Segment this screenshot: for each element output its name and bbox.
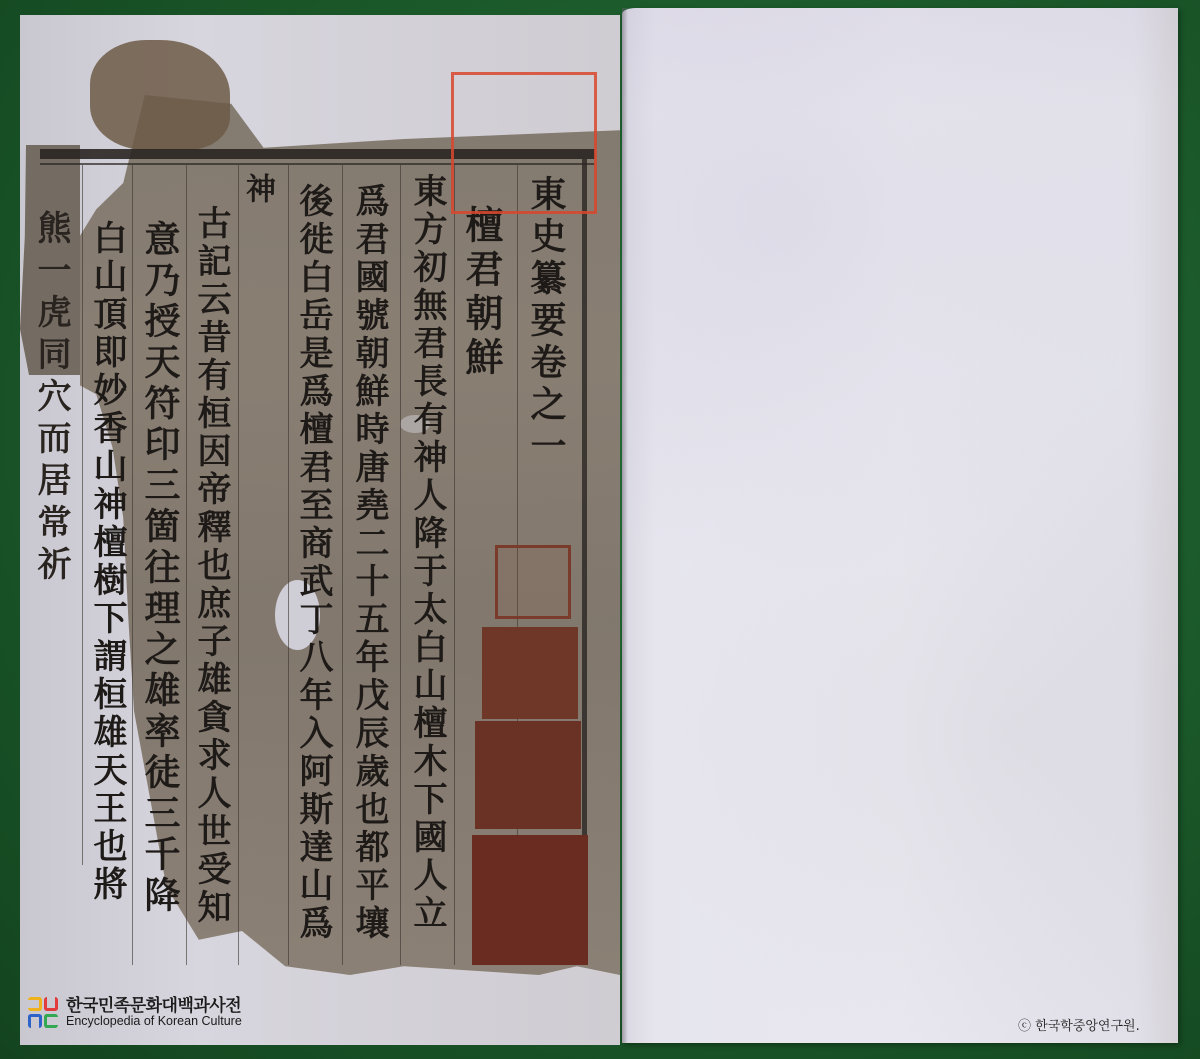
text-column-6: 意乃授天符印三箇往理之雄率徒三千降 — [142, 220, 178, 917]
text-column-2: 爲君國號朝鮮時唐堯二十五年戊辰歲也都平壤 — [352, 183, 386, 943]
text-column-8: 熊一虎同穴而居常祈 — [34, 210, 68, 588]
brown-seal-filled — [482, 627, 578, 719]
column-rule — [132, 165, 133, 965]
red-collector-seal — [451, 72, 597, 214]
printed-left-page: 東史纂要卷之一 檀君朝鮮 東方初無君長有神人降于太白山檀木下國人立 爲君國號朝鮮… — [20, 15, 620, 1045]
text-column-7: 白山頂即妙香山神檀樹下謂桓雄天王也將 — [90, 220, 124, 904]
text-column-1: 東方初無君長有神人降于太白山檀木下國人立 — [410, 173, 444, 933]
copyright-notice: ⓒ 한국학중앙연구원. — [1018, 1015, 1140, 1034]
column-rule — [342, 165, 343, 965]
brown-seal-outline — [495, 545, 571, 619]
brown-seal-filled — [475, 721, 581, 829]
book-title-column: 東史纂要卷之一 — [528, 175, 564, 469]
column-rule — [186, 165, 187, 965]
column-rule — [400, 165, 401, 965]
section-heading: 檀君朝鮮 — [462, 205, 500, 381]
brown-seal-filled — [472, 835, 588, 965]
brand-english-name: Encyclopedia of Korean Culture — [66, 1015, 242, 1028]
encyclopedia-logo-icon — [28, 997, 60, 1029]
water-stain-blotch — [90, 40, 230, 150]
column-rule — [288, 165, 289, 965]
column-rule — [82, 165, 83, 865]
page-fold-shadow — [622, 8, 628, 1043]
text-column-5: 古記云昔有桓因帝釋也庶子雄貪求人世受知 — [194, 205, 228, 927]
column-rule — [454, 165, 455, 965]
column-rule — [238, 165, 239, 965]
text-column-4: 神 — [242, 173, 272, 209]
blank-right-page — [622, 8, 1178, 1043]
brand-korean-name: 한국민족문화대백과사전 — [66, 998, 242, 1016]
print-area: 東史纂要卷之一 檀君朝鮮 東方初無君長有神人降于太白山檀木下國人立 爲君國號朝鮮… — [20, 15, 620, 1045]
encyclopedia-branding: 한국민족문화대백과사전 Encyclopedia of Korean Cultu… — [28, 997, 242, 1029]
text-column-3: 後徙白岳是爲檀君至商武丁八年入阿斯達山爲 — [296, 183, 330, 943]
